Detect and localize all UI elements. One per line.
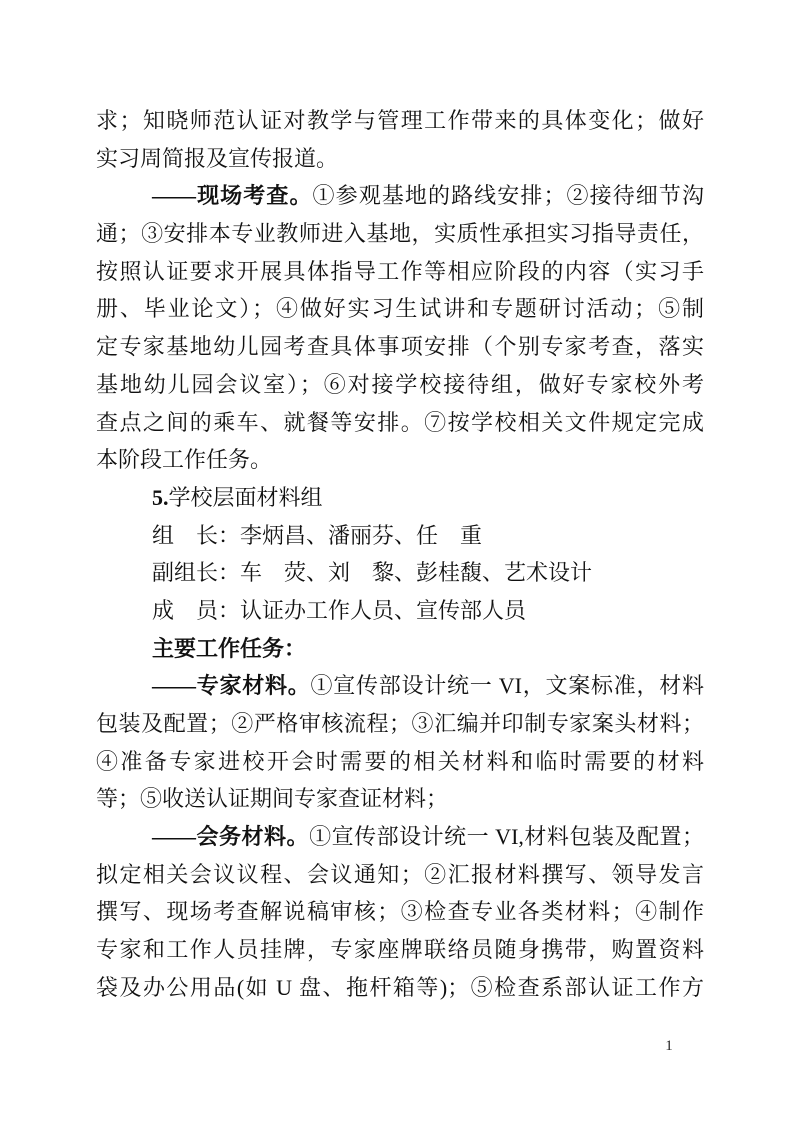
text-line: ——会务材料。①宣传部设计统一 VI,材料包装及配置； xyxy=(96,818,704,856)
bold-run: ——现场考查。 xyxy=(152,183,313,208)
page-number: 1 xyxy=(658,1036,680,1056)
document-page: 求；知晓师范认证对教学与管理工作带来的具体变化；做好实习周简报及宣传报道。——现… xyxy=(0,0,793,1122)
text-line: 通；③安排本专业教师进入基地，实质性承担实习指导责任， xyxy=(96,215,704,253)
text-line: 册、毕业论文）；④做好实习生试讲和专题研讨活动；⑤制 xyxy=(96,290,704,328)
text-line: ——现场考查。①参观基地的路线安排；②接待细节沟 xyxy=(96,177,704,215)
text-line: 主要工作任务： xyxy=(96,630,704,668)
bold-run: 5. xyxy=(152,485,169,510)
text-line: 撰写、现场考查解说稿审核；③检查专业各类材料；④制作 xyxy=(96,893,704,931)
text-line: 专家和工作人员挂牌，专家座牌联络员随身携带，购置资料 xyxy=(96,931,704,969)
text-run: 包装及配置；②严格审核流程；③汇编并印制专家案头材料； xyxy=(96,711,704,736)
text-run: 求；知晓师范认证对教学与管理工作带来的具体变化；做好 xyxy=(96,108,704,133)
text-line: 包装及配置；②严格审核流程；③汇编并印制专家案头材料； xyxy=(96,705,704,743)
text-run: 本阶段工作任务。 xyxy=(96,447,272,472)
text-line: 5.学校层面材料组 xyxy=(96,479,704,517)
text-line: 副组长：车 荧、刘 黎、彭桂馥、艺术设计 xyxy=(96,554,704,592)
text-line: 按照认证要求开展具体指导工作等相应阶段的内容（实习手 xyxy=(96,253,704,291)
text-line: 等；⑤收送认证期间专家查证材料； xyxy=(96,780,704,818)
bold-run: 主要工作任务： xyxy=(152,636,306,661)
text-line: 定专家基地幼儿园考查具体事项安排（个别专家考查，落实 xyxy=(96,328,704,366)
text-line: 拟定相关会议议程、会议通知；②汇报材料撰写、领导发言 xyxy=(96,856,704,894)
text-run: ①宣传部设计统一 VI，文案标准，材料 xyxy=(311,673,704,698)
text-run: 册、毕业论文）；④做好实习生试讲和专题研讨活动；⑤制 xyxy=(96,296,704,321)
text-line: 袋及办公用品(如 U 盘、拖杆箱等)；⑤检查系部认证工作方 xyxy=(96,969,704,1007)
text-run: 副组长：车 荧、刘 黎、彭桂馥、艺术设计 xyxy=(152,560,592,585)
text-line: 实习周简报及宣传报道。 xyxy=(96,140,704,178)
text-run: 等；⑤收送认证期间专家查证材料； xyxy=(96,786,448,811)
text-run: 通；③安排本专业教师进入基地，实质性承担实习指导责任， xyxy=(96,221,704,246)
text-run: 基地幼儿园会议室）；⑥对接学校接待组，做好专家校外考 xyxy=(96,372,704,397)
text-run: 定专家基地幼儿园考查具体事项安排（个别专家考查，落实 xyxy=(96,334,704,359)
text-line: 基地幼儿园会议室）；⑥对接学校接待组，做好专家校外考 xyxy=(96,366,704,404)
text-run: 成 员：认证办工作人员、宣传部人员 xyxy=(152,598,526,623)
text-line: ——专家材料。①宣传部设计统一 VI，文案标准，材料 xyxy=(96,667,704,705)
bold-run: ——专家材料。 xyxy=(152,673,311,698)
text-run: 专家和工作人员挂牌，专家座牌联络员随身携带，购置资料 xyxy=(96,937,704,962)
text-run: ①参观基地的路线安排；②接待细节沟 xyxy=(313,183,704,208)
text-line: 查点之间的乘车、就餐等安排。⑦按学校相关文件规定完成 xyxy=(96,404,704,442)
text-line: 求；知晓师范认证对教学与管理工作带来的具体变化；做好 xyxy=(96,102,704,140)
text-run: 查点之间的乘车、就餐等安排。⑦按学校相关文件规定完成 xyxy=(96,410,704,435)
text-run: ④准备专家进校开会时需要的相关材料和临时需要的材料 xyxy=(96,749,704,774)
text-run: 按照认证要求开展具体指导工作等相应阶段的内容（实习手 xyxy=(96,259,704,284)
text-run: 实习周简报及宣传报道。 xyxy=(96,146,338,171)
text-line: 成 员：认证办工作人员、宣传部人员 xyxy=(96,592,704,630)
text-run: 拟定相关会议议程、会议通知；②汇报材料撰写、领导发言 xyxy=(96,862,704,887)
text-run: 组 长：李炳昌、潘丽芬、任 重 xyxy=(152,523,482,548)
text-run: 学校层面材料组 xyxy=(169,485,323,510)
text-line: 本阶段工作任务。 xyxy=(96,441,704,479)
text-line: ④准备专家进校开会时需要的相关材料和临时需要的材料 xyxy=(96,743,704,781)
text-run: ①宣传部设计统一 VI,材料包装及配置； xyxy=(309,824,704,849)
text-run: 撰写、现场考查解说稿审核；③检查专业各类材料；④制作 xyxy=(96,899,704,924)
bold-run: ——会务材料。 xyxy=(152,824,309,849)
text-run: 袋及办公用品(如 U 盘、拖杆箱等)；⑤检查系部认证工作方 xyxy=(96,975,704,1000)
document-body: 求；知晓师范认证对教学与管理工作带来的具体变化；做好实习周简报及宣传报道。——现… xyxy=(96,102,704,1007)
text-line: 组 长：李炳昌、潘丽芬、任 重 xyxy=(96,517,704,555)
